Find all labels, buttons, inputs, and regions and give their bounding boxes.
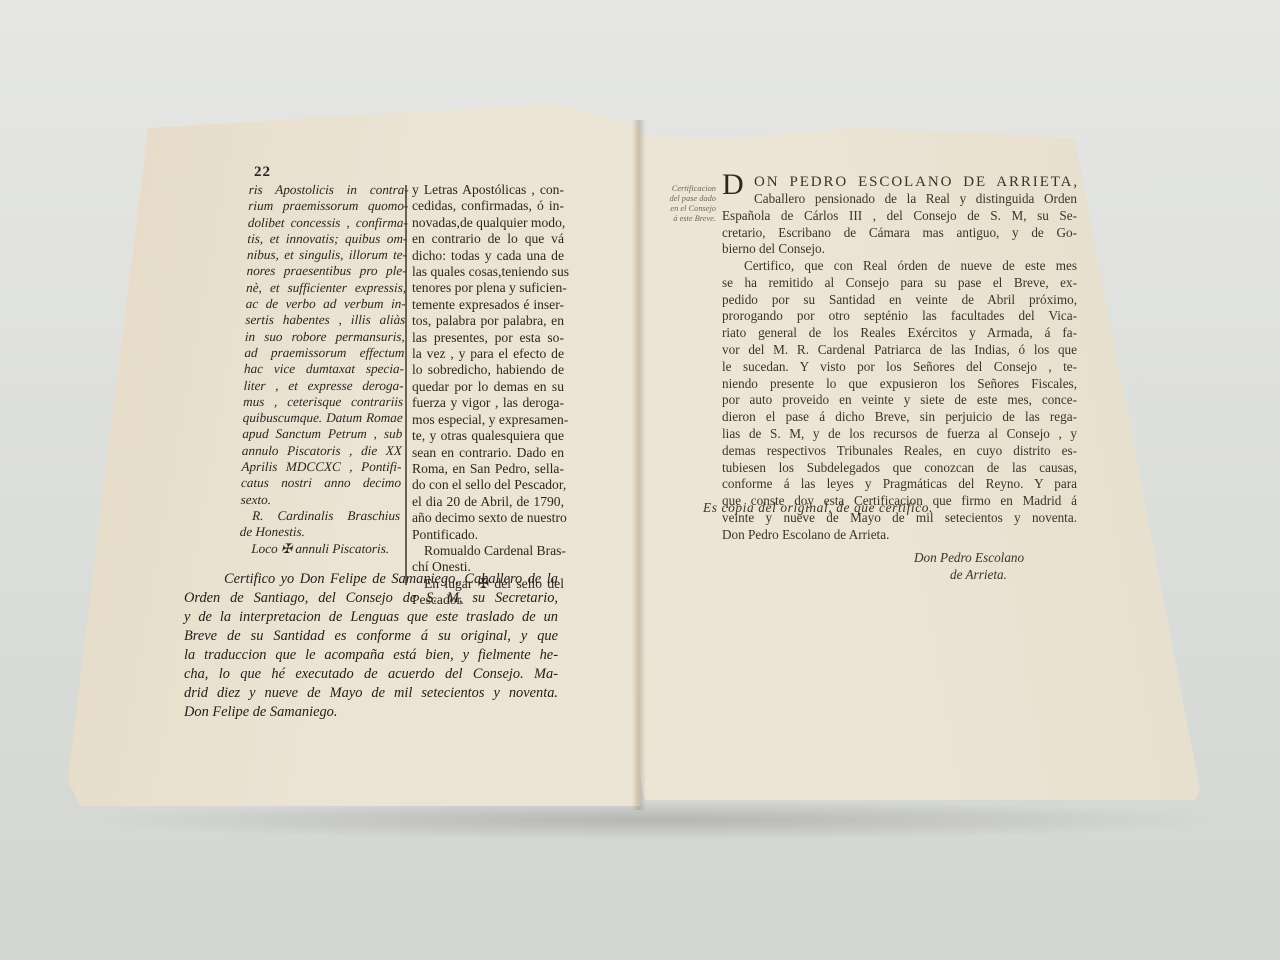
text-line: las presentes, por esta so- (412, 330, 564, 346)
text-line: nores praesentibus pro ple- (246, 263, 406, 279)
text-line: tos, palabra por palabra, en (412, 313, 564, 329)
text-line: annulo Piscatoris , die XX (242, 443, 402, 459)
text-line: prorogando por otro septénio las faculta… (722, 308, 1077, 325)
text-line: Española de Cárlos III , del Consejo de … (722, 208, 1077, 225)
text-line: hac vice dumtaxat specia- (244, 361, 404, 377)
text-line: en contrario de lo que vá (412, 231, 564, 247)
copy-statement: Es copia del original, de que certifico. (703, 500, 933, 516)
column-divider (405, 185, 407, 585)
text-line: te, y otras qualesquiera que (412, 428, 564, 444)
text-line: dieron el pase á dicho Breve, sin perjui… (722, 409, 1077, 426)
text-line: tenores por plena y suficien- (412, 280, 564, 296)
latin-column: ris Apostolicis in contra- rium praemiss… (239, 182, 409, 557)
samaniego-certification: Certifico yo Don Felipe de Samaniego, Ca… (184, 570, 558, 722)
text-line: demas respectivos Tribunales Reales, en … (722, 443, 1077, 460)
text-line: R. Cardinalis Braschius (240, 508, 400, 524)
text-line: apud Sanctum Petrum , sub (242, 426, 402, 442)
text-line: quibuscumque. Datum Romae (243, 410, 403, 426)
text-line: sertis habentes , illis aliàs (245, 312, 405, 328)
text-line: le sucedan. Y visto por los Señores del … (722, 359, 1077, 376)
text-line: sean en contrario. Dado en (412, 445, 564, 461)
text-line: rium praemissorum quomo- (248, 198, 408, 214)
text-line: ris Apostolicis in contra- (248, 182, 408, 198)
text-line: á este Breve. (656, 214, 716, 224)
book-gutter (632, 120, 646, 810)
text-line: dicho: todas y cada una de (412, 248, 564, 264)
text-line: cha, lo que hé executado de acuerdo del … (184, 665, 558, 684)
text-line: Don Pedro Escolano de Arrieta. (722, 527, 1077, 544)
text-line: sexto. (240, 492, 400, 508)
text-line: Certifico, que con Real órden de nueve d… (722, 258, 1077, 275)
text-line: año decimo sexto de nuestro (412, 510, 564, 526)
text-line: Romualdo Cardenal Bras- (412, 543, 564, 559)
text-line: fuerza y vigor , las deroga- (412, 395, 564, 411)
spanish-column: y Letras Apostólicas , con- cedidas, con… (412, 182, 564, 609)
text-line: temente expresados é inser- (412, 297, 564, 313)
text-line: Aprilis MDCCXC , Pontifi- (241, 459, 401, 475)
text-line: niendo presente lo que expusieron los Se… (722, 376, 1077, 393)
text-line: do con el sello del Pescador, (412, 477, 564, 493)
text-line: lias de S. M, y de los recursos de fuerz… (722, 426, 1077, 443)
text-line: vor del M. R. Cardenal Patriarca de las … (722, 342, 1077, 359)
text-line: quedar por lo demas en su (412, 379, 564, 395)
text-line: tubiesen los Subdelegados que conozcan d… (722, 460, 1077, 477)
text-line: catus nostri anno decimo (241, 475, 401, 491)
text-line: ac de verbo ad verbum in- (245, 296, 405, 312)
text-line: Certificacion (656, 184, 716, 194)
text-line: bierno del Consejo. (722, 241, 1077, 258)
text-line: dolibet concessis , confirma- (248, 215, 408, 231)
text-line: cretario, Escribano de Cámara mas antigu… (722, 225, 1077, 242)
intro-paragraph: Caballero pensionado de la Real y distin… (722, 191, 1077, 258)
text-line: del pase dado (656, 194, 716, 204)
text-line: Orden de Santiago, del Consejo de S. M, … (184, 589, 558, 608)
signature: Don Pedro Escolano de Arrieta. (914, 550, 1024, 583)
text-line: y de la interpretacion de Lenguas que es… (184, 608, 558, 627)
text-line: drid diez y nueve de Mayo de mil setecie… (184, 684, 558, 703)
text-line: lo sobredicho, habiendo de (412, 362, 564, 378)
text-line: y Letras Apostólicas , con- (412, 182, 564, 198)
text-line: novadas,de qualquier modo, (412, 215, 564, 231)
heading: ON PEDRO ESCOLANO DE ARRIETA, (754, 174, 1079, 191)
text-line: conforme á las leyes y Pragmáticas del R… (722, 476, 1077, 493)
text-line: liter , et expresse deroga- (243, 378, 403, 394)
text-line: nibus, et singulis, illorum te- (247, 247, 407, 263)
text-line: de Arrieta. (914, 567, 1024, 584)
text-line: de Honestis. (240, 524, 400, 540)
text-line: la vez , y para el efecto de (412, 346, 564, 362)
text-line: Pontificado. (412, 527, 564, 543)
text-line: in suo robore permansuris, (245, 329, 405, 345)
text-line: por auto proveido en veinte y siete de e… (722, 392, 1077, 409)
text-line: en el Consejo (656, 204, 716, 214)
marginal-note: Certificacion del pase dado en el Consej… (656, 184, 716, 224)
text-line: Loco ✠ annuli Piscatoris. (239, 541, 399, 557)
table-shadow (90, 800, 1220, 840)
page-number: 22 (254, 164, 271, 181)
text-line: pedido por su Santidad en veinte de Abri… (722, 292, 1077, 309)
text-line: ad praemissorum effectum (244, 345, 404, 361)
text-line: la traduccion que le acompaña está bien,… (184, 646, 558, 665)
text-line: Roma, en San Pedro, sella- (412, 461, 564, 477)
text-line: riato general de los Reales Exércitos y … (722, 325, 1077, 342)
text-line: Don Felipe de Samaniego. (184, 703, 558, 722)
text-line: el dia 20 de Abril, de 1790, (412, 494, 564, 510)
text-line: tis, et innovatis; quibus om- (247, 231, 407, 247)
text-line: Breve de su Santidad es conforme á su or… (184, 627, 558, 646)
text-line: mus , ceterisque contrariis (243, 394, 403, 410)
text-line: Certifico yo Don Felipe de Samaniego, Ca… (184, 570, 558, 589)
text-line: nè, et sufficienter expressis, (246, 280, 406, 296)
text-line: Don Pedro Escolano (914, 550, 1024, 567)
text-line: cedidas, confirmadas, ó in- (412, 198, 564, 214)
text-line: mos especial, y expresamen- (412, 412, 564, 428)
text-line: se ha remitido al Consejo para su pase e… (722, 275, 1077, 292)
text-line: las quales cosas,teniendo sus (412, 264, 564, 280)
text-line: Caballero pensionado de la Real y distin… (722, 191, 1077, 208)
